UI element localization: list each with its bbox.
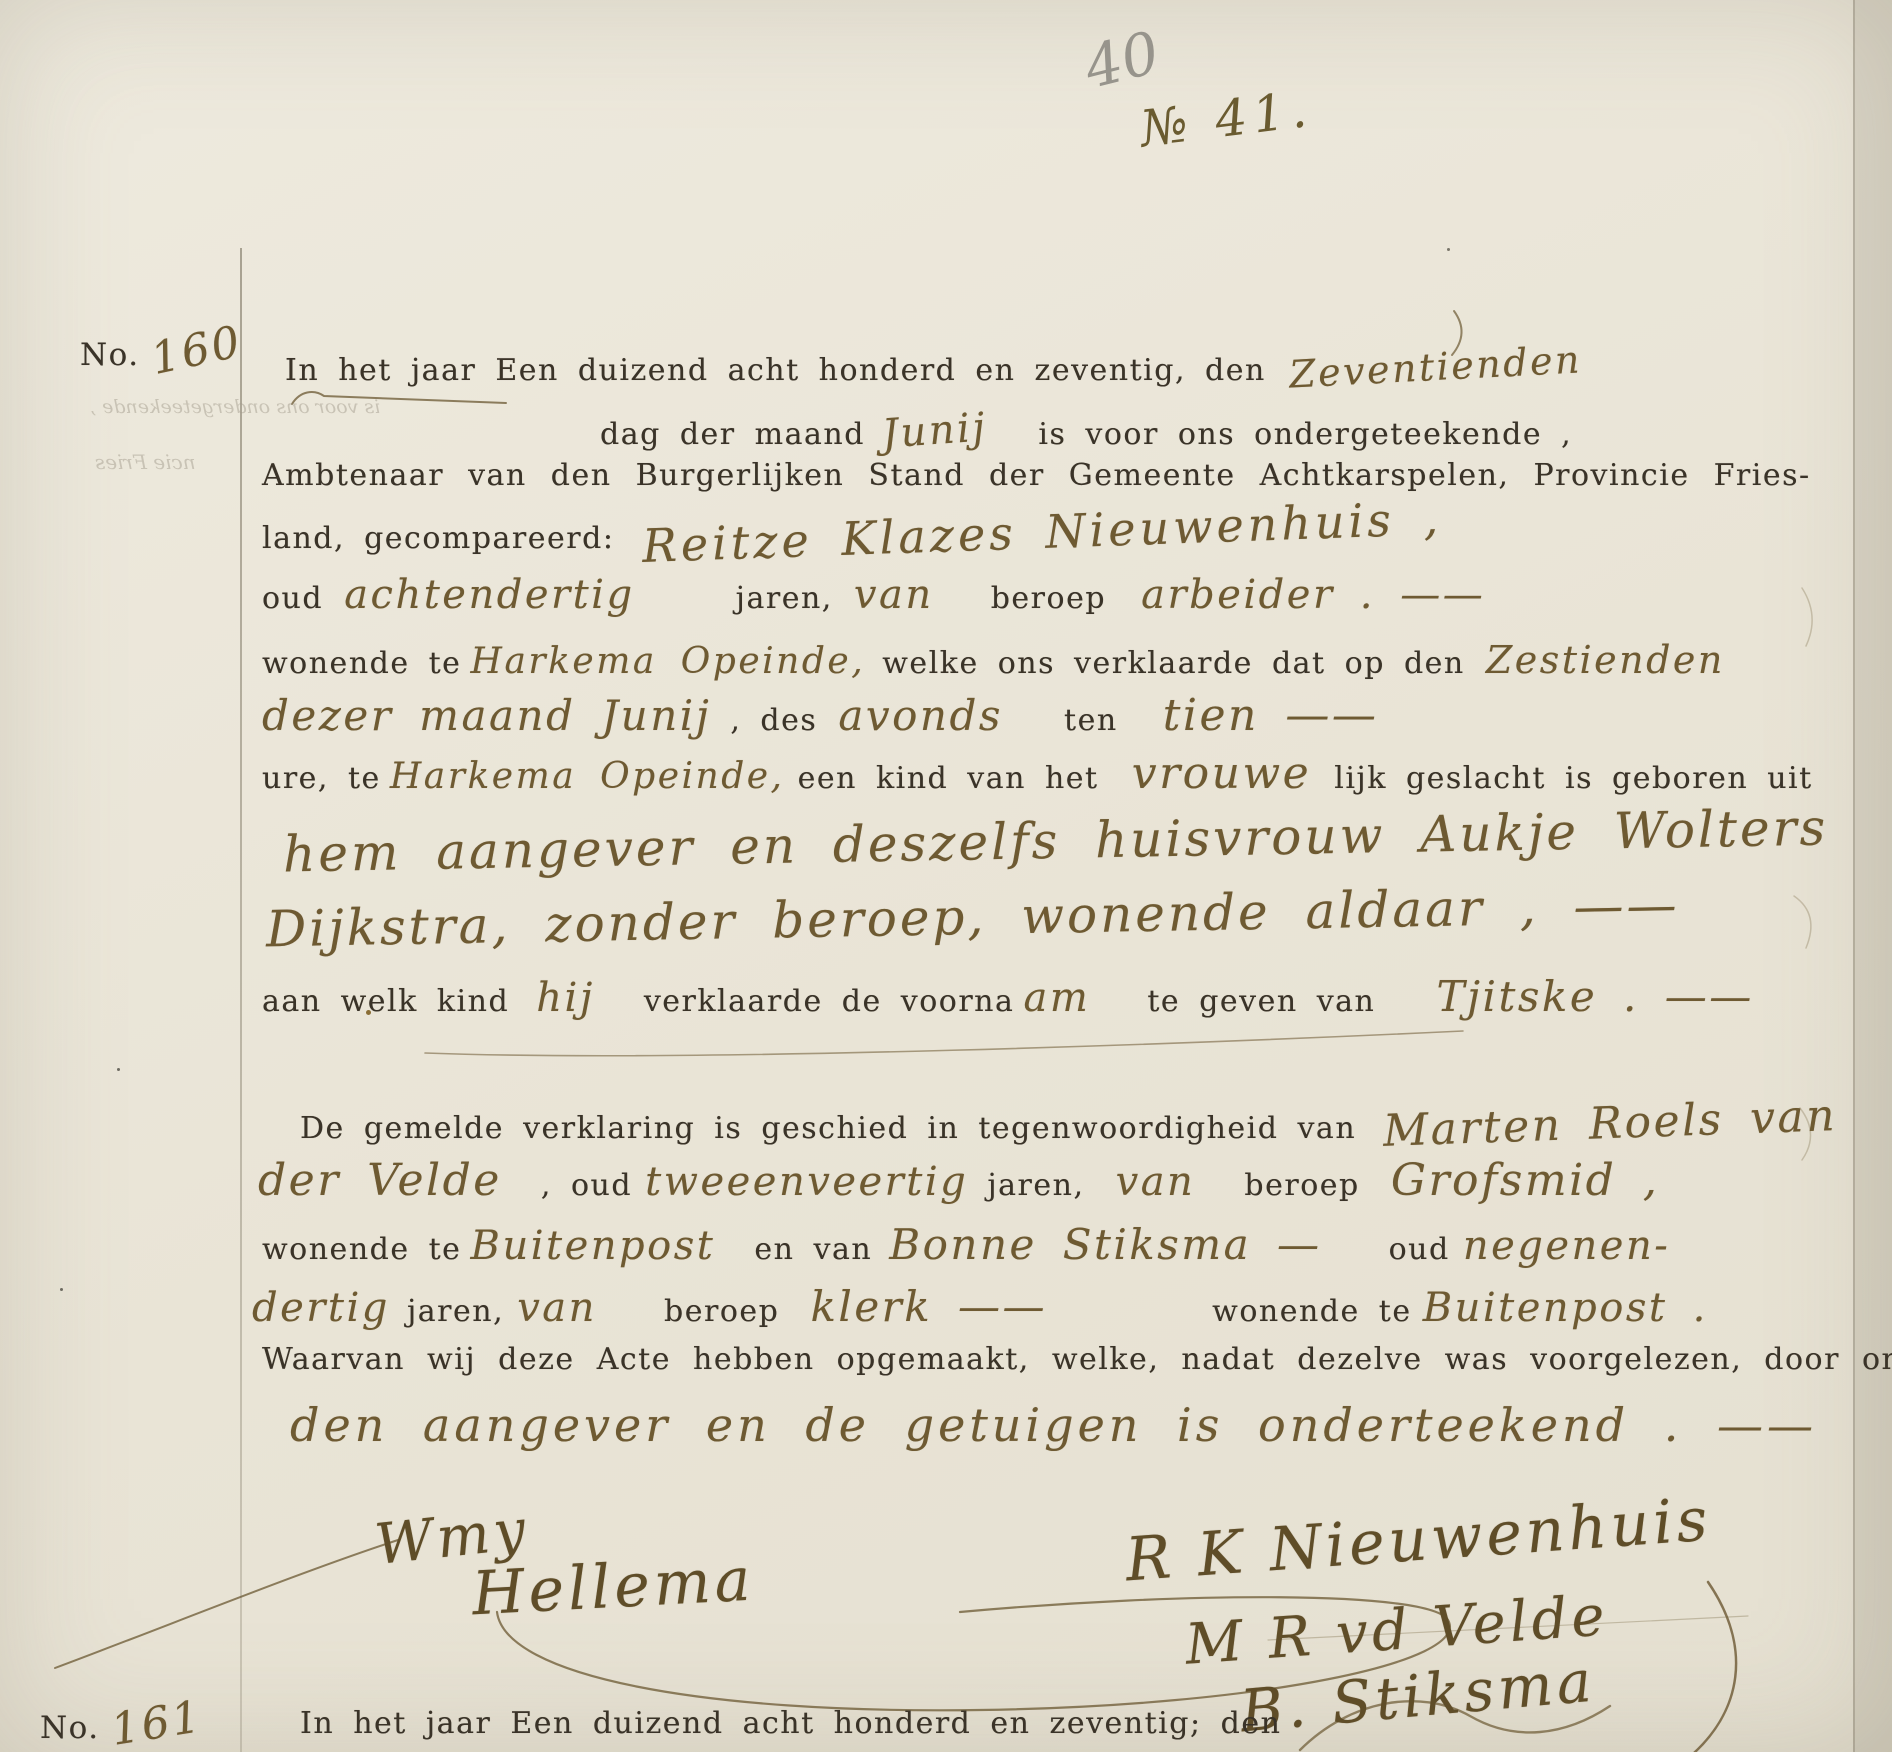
paper-speck (1447, 248, 1450, 251)
act-160-line-declarant: land, gecompareerd: Reitze Klazes Nieuwe… (262, 505, 1442, 559)
act-160-line-birth-place-gender: ure, te Harkema Opeinde, een kind van he… (262, 748, 1813, 799)
handwritten-closing: den aangever en de getuigen is onderteek… (290, 1398, 1817, 1452)
act-160-line-residence: wonende te Harkema Opeinde, welke ons ve… (262, 638, 1725, 682)
act-160-number: No. 160 (80, 325, 242, 376)
act-161-number: No. 161 (40, 1698, 202, 1749)
act-160-line-witnesses-4: dertig jaren, van beroep klerk —— wonend… (252, 1282, 1708, 1331)
handwritten-time-of-day: avonds (838, 691, 1003, 740)
handwritten-witness1-age: tweeenveertig (645, 1159, 968, 1205)
printed-segment: lijk geslacht is geboren uit (1334, 761, 1812, 796)
ink-act-number: № 41. (1137, 80, 1316, 159)
printed-segment: beroep (664, 1294, 779, 1329)
act-160-line-closing-2: den aangever en de getuigen is onderteek… (290, 1398, 1817, 1452)
printed-segment: , des (730, 703, 817, 738)
handwritten-birth-day: Zestienden (1486, 638, 1725, 682)
pencil-page-number: 40 (1078, 18, 1166, 102)
printed-segment: verklaarde de voorna (644, 984, 1015, 1019)
act-160-line-mother-2: Dijkstra, zonder beroep, wonende aldaar … (266, 888, 1680, 946)
act-160-line-witnesses-3: wonende te Buitenpost en van Bonne Stiks… (262, 1220, 1670, 1269)
handwritten-witness1-residence: Buitenpost (471, 1223, 716, 1269)
handwritten-mother-name: hem aangever en deszelfs huisvrouw Aukje… (283, 799, 1829, 884)
paper-speck (117, 1068, 120, 1071)
act-160-line-closing-1: Waarvan wij deze Acte hebben opgemaakt, … (262, 1342, 1892, 1377)
act-160-line-official: Ambtenaar van den Burgerlijken Stand der… (262, 458, 1811, 493)
handwritten-gender: vrouwe (1132, 748, 1311, 799)
act-160-line-year: In het jaar Een duizend acht honderd en … (285, 345, 1582, 389)
printed-segment: een kind van het (798, 761, 1099, 796)
printed-segment: oud (262, 581, 323, 616)
act-161-line-year: In het jaar Een duizend acht honderd en … (300, 1706, 1281, 1741)
printed-segment: en van (754, 1232, 872, 1267)
handwritten-segment: van (517, 1285, 597, 1331)
handwritten-witness2-age: negenen- (1463, 1223, 1670, 1269)
handwritten-witness2-occupation: klerk —— (810, 1282, 1047, 1331)
bleedthrough-text: ncie Fries (95, 450, 196, 474)
printed-segment: land, gecompareerd: (262, 521, 614, 556)
handwritten-occupation: arbeider . —— (1141, 572, 1485, 618)
printed-segment: jaren, (407, 1294, 504, 1329)
printed-segment: te geven van (1147, 984, 1375, 1019)
handwritten-segment: am (1023, 975, 1090, 1021)
printed-segment: jaren, (736, 581, 833, 616)
civil-registry-scan: 40 № 41. is voor ons ondergeteekende , n… (0, 0, 1892, 1752)
handwritten-segment: van (1116, 1159, 1196, 1205)
printed-segment: wonende te (1212, 1294, 1411, 1329)
printed-segment: Waarvan wij deze Acte hebben opgemaakt, … (262, 1342, 1892, 1377)
printed-segment: Ambtenaar van den Burgerlijken Stand der… (262, 458, 1811, 493)
act-160-line-mother-1: hem aangever en deszelfs huisvrouw Aukje… (283, 812, 1828, 870)
act-number-value: 161 (107, 1691, 205, 1752)
act-160-line-child-name: aan welk kind hij verklaarde de voorna a… (262, 972, 1754, 1021)
handwritten-child-name: Tjitske . —— (1436, 972, 1753, 1021)
handwritten-declarant-name: Reitze Klazes Nieuwenhuis , (641, 491, 1443, 573)
act-160-line-age-occupation: oud achtendertig jaren, van beroep arbei… (262, 572, 1485, 618)
printed-segment: dag der maand (600, 417, 865, 452)
handwritten-hour: tien —— (1163, 690, 1379, 741)
printed-segment: In het jaar Een duizend acht honderd en … (285, 353, 1266, 388)
handwritten-month: Junij (881, 404, 989, 457)
signature-declarant: R K Nieuwenhuis (1123, 1485, 1713, 1596)
handwritten-witness1-name: Marten Roels van (1382, 1090, 1838, 1157)
printed-segment: , oud (541, 1168, 632, 1203)
handwritten-mother-details: Dijkstra, zonder beroep, wonende aldaar … (266, 876, 1680, 959)
bleedthrough-text: is voor ons ondergeteekende , (90, 396, 380, 418)
page-edge-shadow (1855, 0, 1892, 1752)
printed-segment: jaren, (987, 1168, 1084, 1203)
act-number-value: 160 (146, 316, 246, 385)
act-number-label: No. (40, 1710, 100, 1746)
printed-segment: wonende te (262, 646, 461, 681)
handwritten-witness2-residence: Buitenpost . (1423, 1285, 1708, 1331)
act-160-line-birth-time: dezer maand Junij , des avonds ten tien … (262, 690, 1378, 741)
printed-segment: ten (1064, 703, 1118, 738)
handwritten-residence: Harkema Opeinde, (471, 641, 866, 682)
handwritten-day: Zeventienden (1288, 337, 1583, 396)
printed-segment: De gemelde verklaring is geschied in teg… (300, 1111, 1356, 1146)
act-160-line-witnesses-1: De gemelde verklaring is geschied in teg… (300, 1098, 1837, 1149)
printed-segment: ure, te (262, 761, 381, 796)
act-number-label: No. (80, 337, 140, 373)
printed-segment: oud (1389, 1232, 1450, 1267)
paper-speck (60, 1288, 63, 1291)
act-160-line-month: dag der maand Junij is voor ons onderget… (600, 408, 1572, 454)
margin-rule (240, 248, 242, 1752)
printed-segment: beroep (1244, 1168, 1359, 1203)
handwritten-witness1-occupation: Grofsmid , (1391, 1155, 1659, 1206)
act-160-line-witnesses-2: der Velde , oud tweeenveertig jaren, van… (258, 1155, 1659, 1206)
printed-segment: In het jaar Een duizend acht honderd en … (300, 1706, 1281, 1741)
handwritten-witness2-name: Bonne Stiksma — (889, 1220, 1321, 1269)
handwritten-segment: van (854, 572, 934, 618)
signature-official-surname: Hellema (470, 1545, 756, 1630)
handwritten-witness2-age-cont: dertig (252, 1285, 390, 1331)
handwritten-witness1-name-cont: der Velde (258, 1155, 502, 1206)
handwritten-age: achtendertig (344, 572, 634, 618)
printed-segment: is voor ons ondergeteekende , (1038, 417, 1572, 452)
printed-segment: wonende te (262, 1232, 461, 1267)
printed-segment: beroep (991, 581, 1106, 616)
handwritten-segment: hij (536, 975, 594, 1021)
printed-segment: aan welk kind (262, 984, 509, 1019)
printed-segment: welke ons verklaarde dat op den (882, 646, 1465, 681)
handwritten-birth-month: dezer maand Junij (262, 691, 711, 740)
handwritten-birth-place: Harkema Opeinde, (390, 756, 785, 797)
